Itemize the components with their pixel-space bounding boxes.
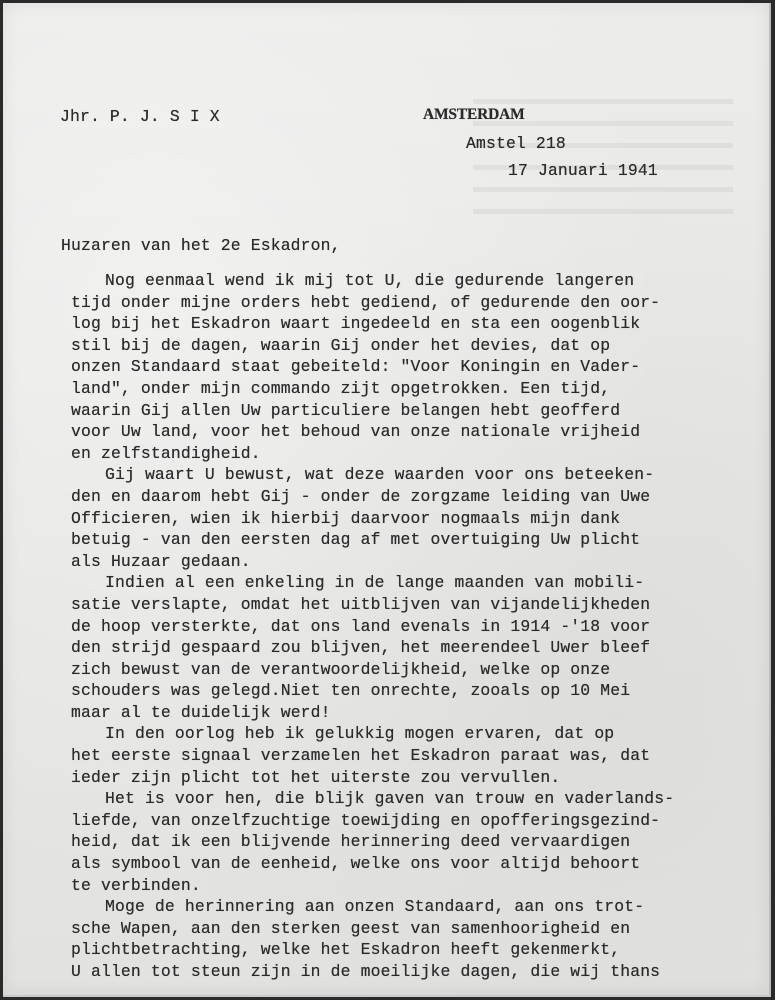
sender-name: Jhr. P. J. S I X (60, 107, 220, 126)
letter-body: Nog eenmaal wend ik mij tot U, die gedur… (71, 270, 711, 983)
text-line: ieder zijn plicht tot het uiterste zou v… (71, 767, 711, 789)
text-line: als Huzaar gedaan. (71, 551, 711, 573)
text-line: U allen tot steun zijn in de moeilijke d… (71, 961, 711, 983)
text-line: tijd onder mijne orders hebt gediend, of… (71, 292, 711, 314)
letter-date: 17 Januari 1941 (508, 161, 658, 180)
text-line: sche Wapen, aan den sterken geest van sa… (71, 918, 711, 940)
text-line: log bij het Eskadron waart ingedeeld en … (71, 313, 711, 335)
text-line: en zelfstandigheid. (71, 443, 711, 465)
paragraph: Moge de herinnering aan onzen Standaard,… (71, 896, 711, 982)
text-line: voor Uw land, voor het behoud van onze n… (71, 421, 711, 443)
text-line: land", onder mijn commando zijt opgetrok… (71, 378, 711, 400)
text-line: den strijd gespaard zou blijven, het mee… (71, 637, 711, 659)
text-line: betuig - van den eersten dag af met over… (71, 529, 711, 551)
text-line: stil bij de dagen, waarin Gij onder het … (71, 335, 711, 357)
text-line: Officieren, wien ik hierbij daarvoor nog… (71, 508, 711, 530)
paragraph: In den oorlog heb ik gelukkig mogen erva… (71, 723, 711, 788)
text-line: plichtbetrachting, welke het Eskadron he… (71, 939, 711, 961)
text-line: Moge de herinnering aan onzen Standaard,… (71, 896, 711, 918)
text-line: onzen Standaard staat gebeiteld: "Voor K… (71, 356, 711, 378)
paragraph: Gij waart U bewust, wat deze waarden voo… (71, 464, 711, 572)
text-line: liefde, van onzelfzuchtige toewijding en… (71, 810, 711, 832)
text-line: als symbool van de eenheid, welke ons vo… (71, 853, 711, 875)
text-line: Gij waart U bewust, wat deze waarden voo… (71, 464, 711, 486)
paragraph: Nog eenmaal wend ik mij tot U, die gedur… (71, 270, 711, 464)
text-line: het eerste signaal verzamelen het Eskadr… (71, 745, 711, 767)
text-line: den en daarom hebt Gij - onder de zorgza… (71, 486, 711, 508)
letter-page: Jhr. P. J. S I X AMSTERDAM Amstel 218 17… (3, 3, 771, 997)
text-line: satie verslapte, omdat het uitblijven va… (71, 594, 711, 616)
paragraph: Het is voor hen, die blijk gaven van tro… (71, 788, 711, 896)
letterhead-city: AMSTERDAM (423, 106, 525, 124)
text-line: Indien al een enkeling in de lange maand… (71, 572, 711, 594)
text-line: heid, dat ik een blijvende herinnering d… (71, 831, 711, 853)
text-line: zich bewust van de verantwoordelijkheid,… (71, 659, 711, 681)
text-line: schouders was gelegd.Niet ten onrechte, … (71, 680, 711, 702)
text-line: maar al te duidelijk werd! (71, 702, 711, 724)
paragraph: Indien al een enkeling in de lange maand… (71, 572, 711, 723)
text-line: waarin Gij allen Uw particuliere belange… (71, 400, 711, 422)
text-line: Het is voor hen, die blijk gaven van tro… (71, 788, 711, 810)
salutation: Huzaren van het 2e Eskadron, (61, 236, 341, 255)
text-line: Nog eenmaal wend ik mij tot U, die gedur… (71, 270, 711, 292)
letterhead-address: Amstel 218 (466, 134, 566, 153)
text-line: te verbinden. (71, 875, 711, 897)
text-line: de hoop versterkte, dat ons land evenals… (71, 616, 711, 638)
text-line: In den oorlog heb ik gelukkig mogen erva… (71, 723, 711, 745)
